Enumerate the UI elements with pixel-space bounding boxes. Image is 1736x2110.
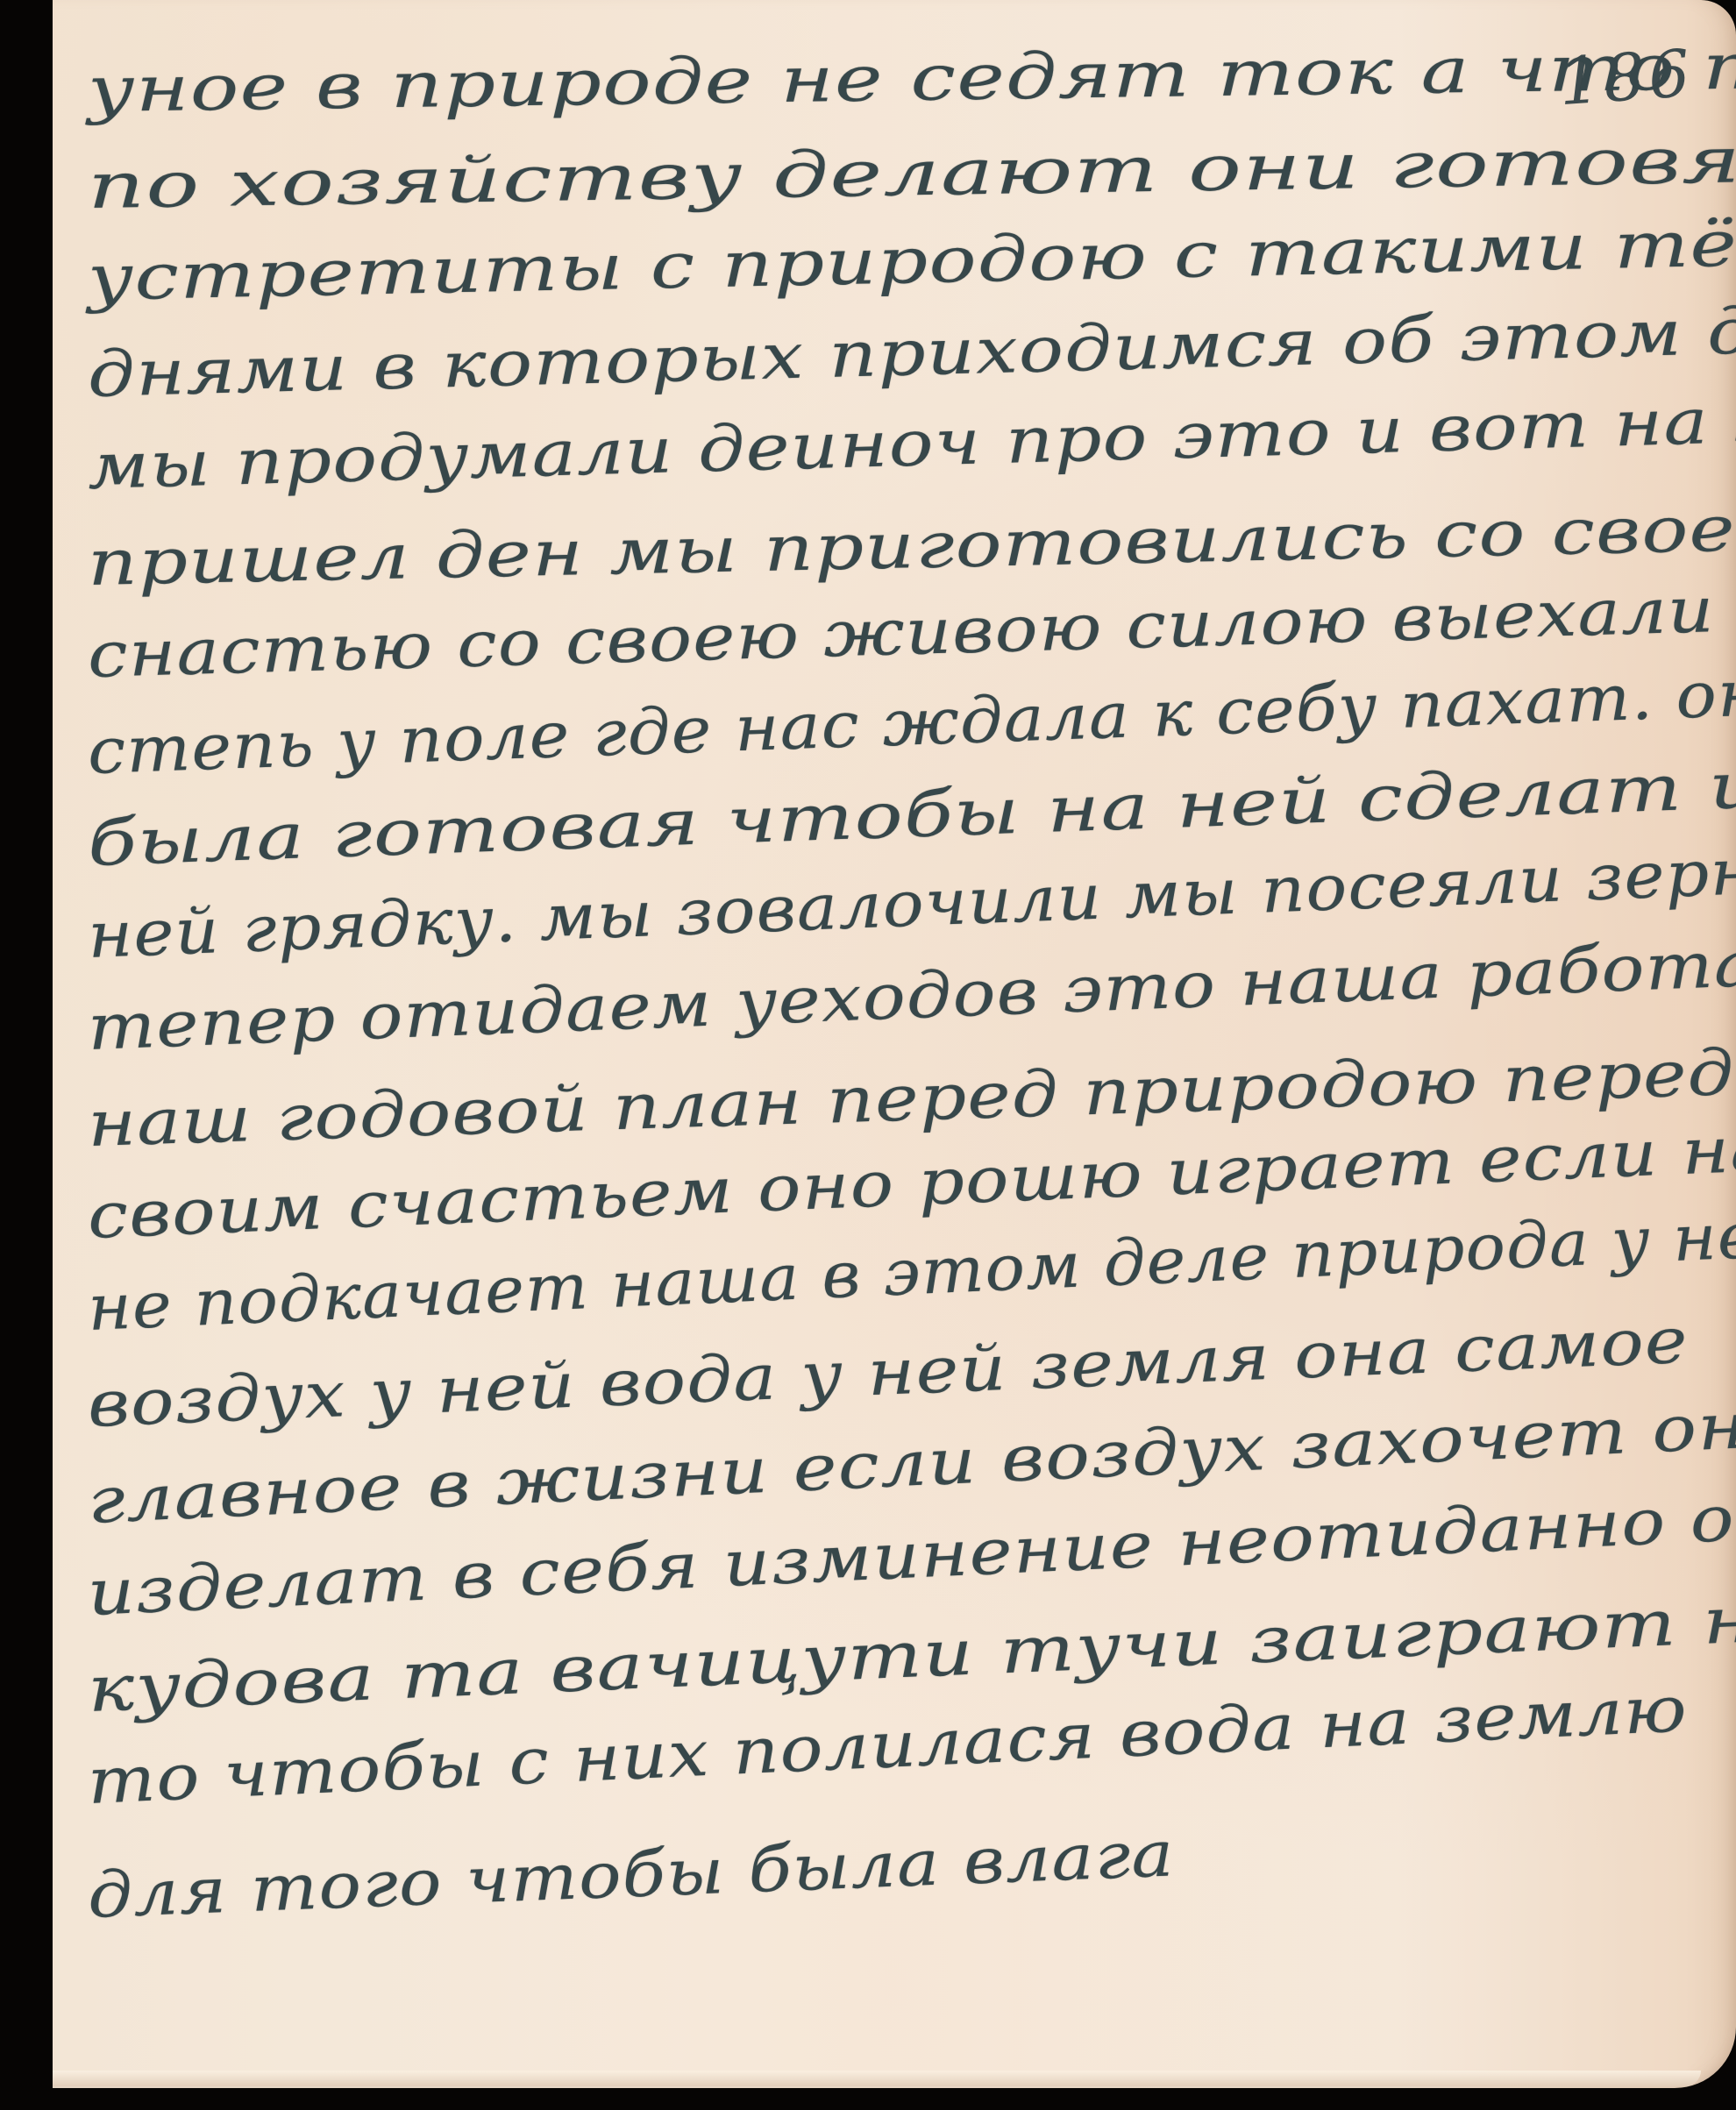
text-line: по хозяйству делают они готовяты xyxy=(87,121,1736,223)
scanned-notebook-page: 186 уное в природе не седят ток а что та… xyxy=(0,0,1736,2110)
text-line: уное в природе не седят ток а что та xyxy=(87,28,1736,126)
text-line: для того чтобы была влага xyxy=(86,1816,1176,1932)
handwritten-text-block: уное в природе не седят ток а что та по … xyxy=(0,0,1736,2110)
